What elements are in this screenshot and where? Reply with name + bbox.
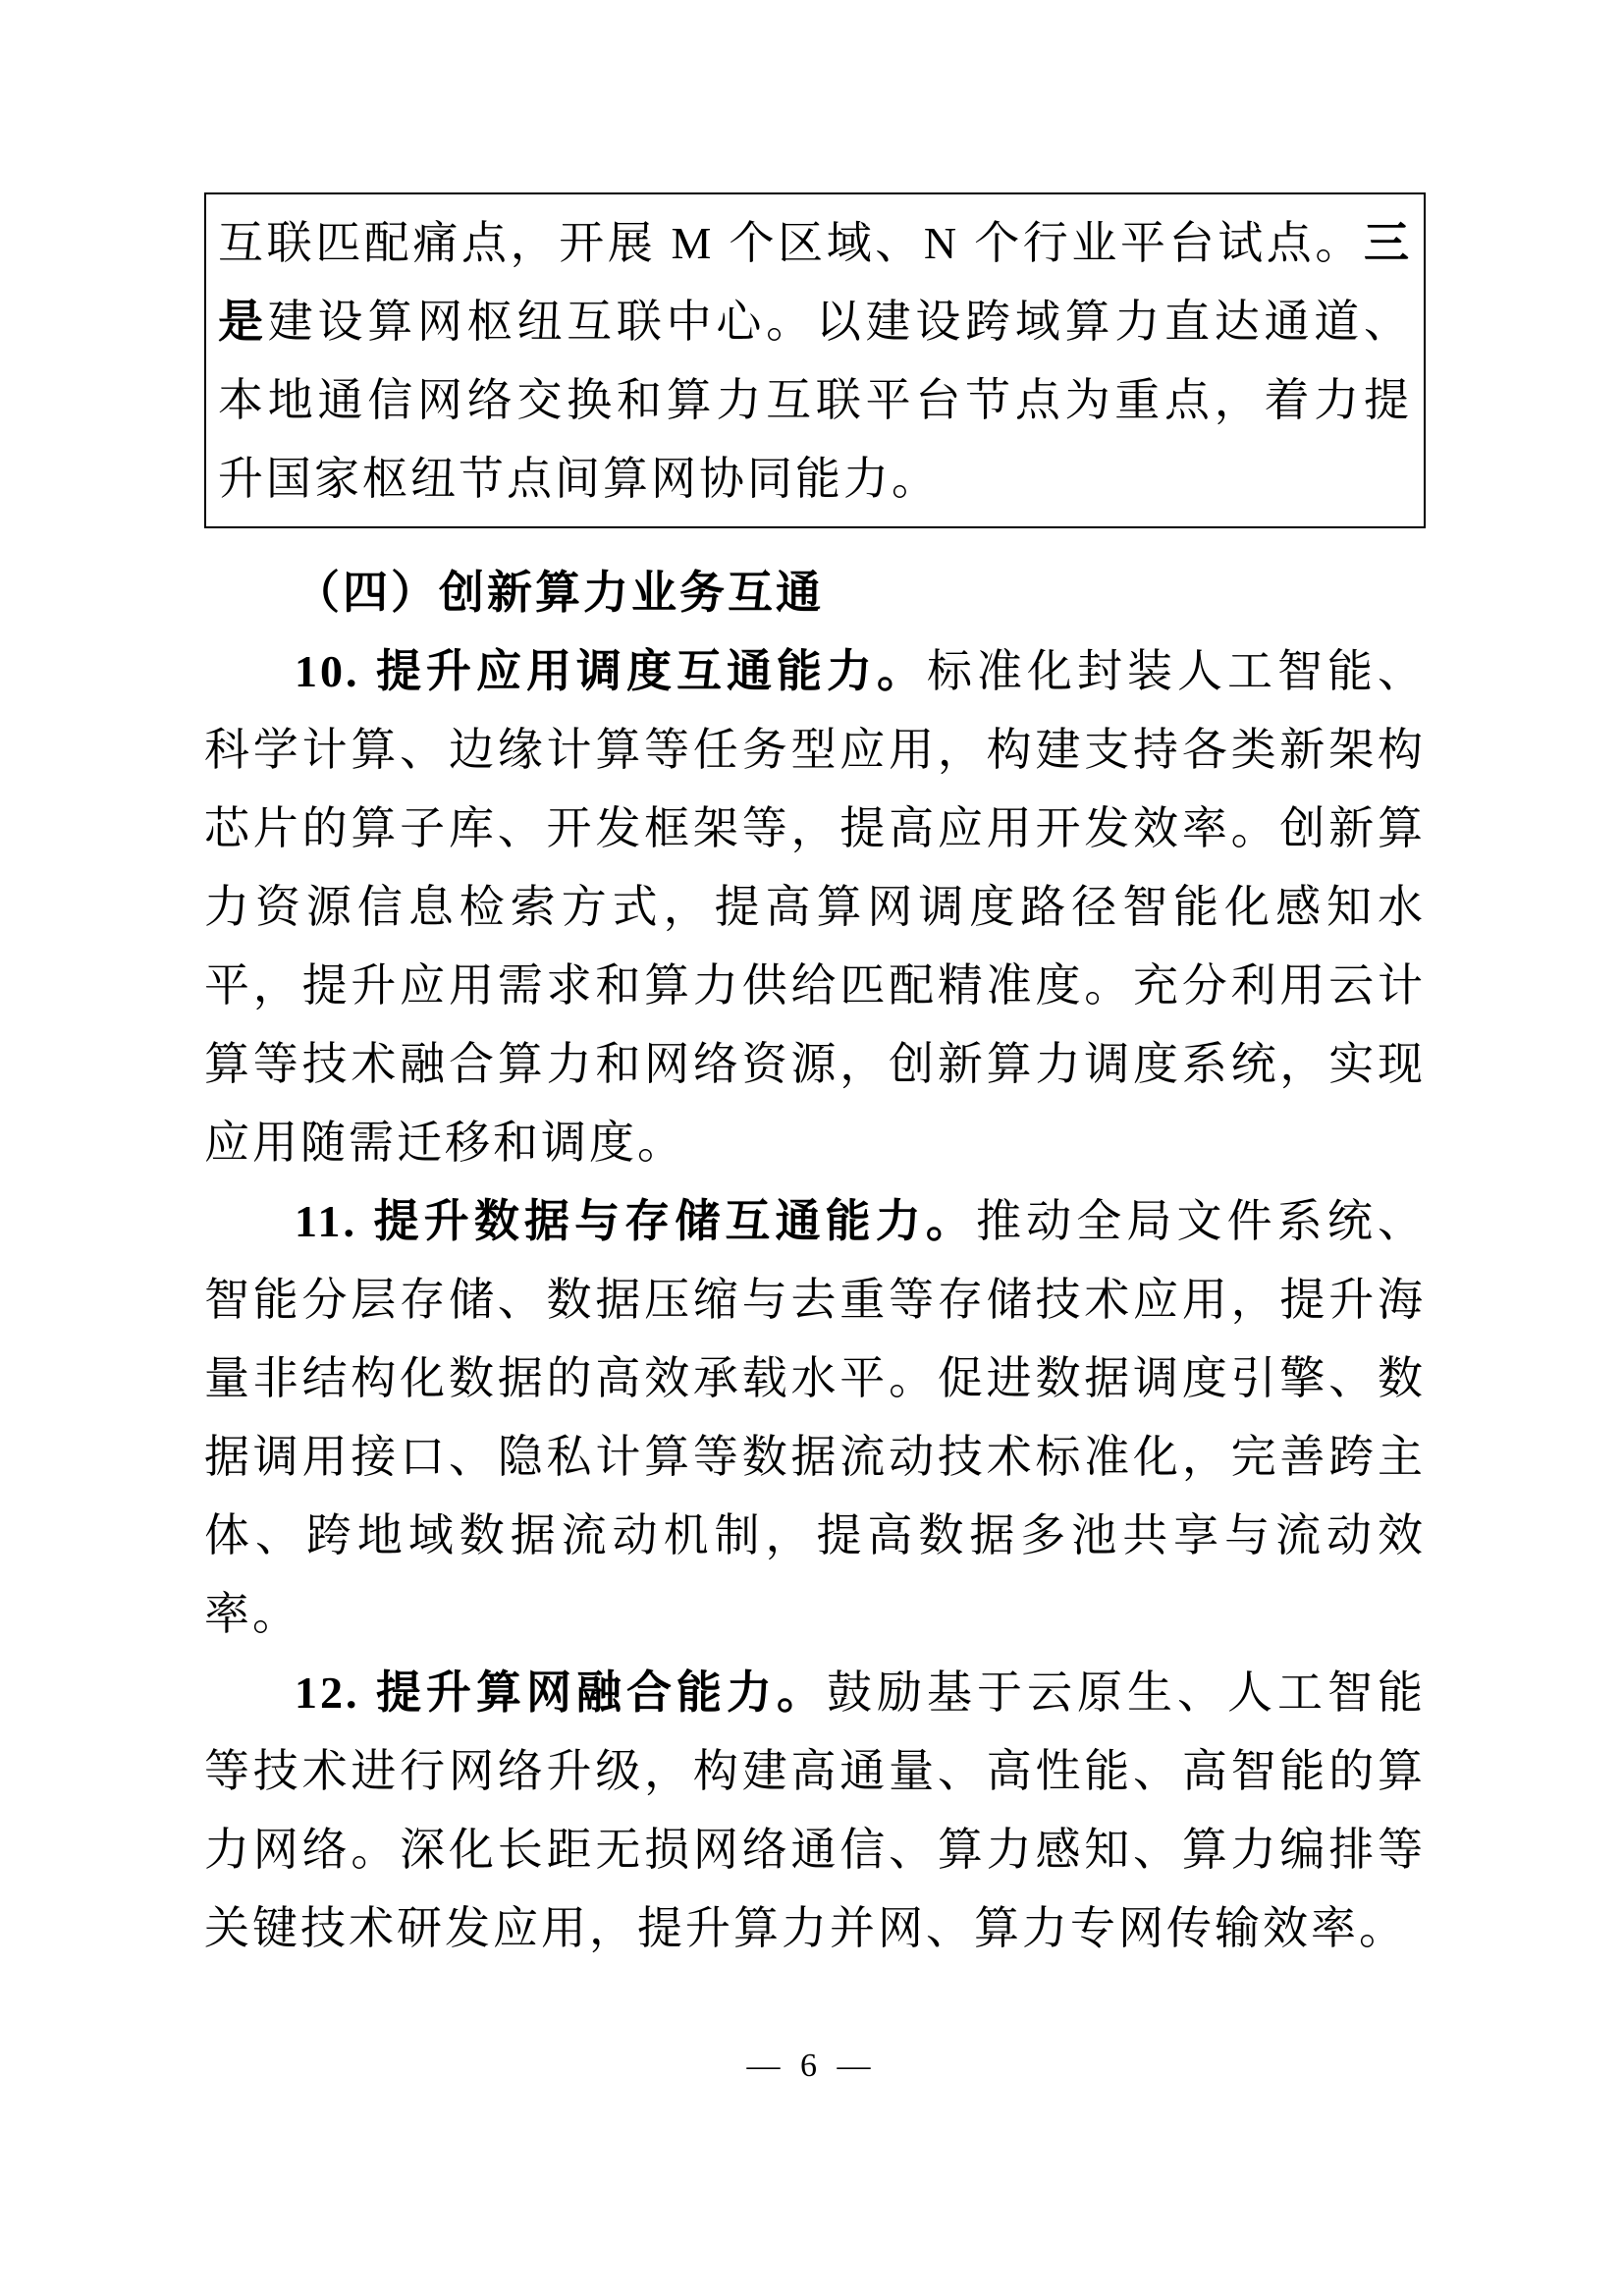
body-paragraph: 12. 提升算网融合能力。鼓励基于云原生、人工智能等技术进行网络升级，构建高通量… [204, 1654, 1426, 1968]
text-run: 互联匹配痛点，开展 M 个区域、N 个行业平台试点。 [218, 218, 1364, 268]
paragraph-lead: 12. 提升算网融合能力。 [295, 1667, 827, 1718]
boxed-paragraph: 互联匹配痛点，开展 M 个区域、N 个行业平台试点。三是建设算网枢纽互联中心。以… [204, 192, 1426, 528]
text-run: 建设算网枢纽互联中心。以建设跨域算力直达通道、本地通信网络交换和算力互联平台节点… [218, 297, 1412, 504]
body-paragraph: 11. 提升数据与存储互通能力。推动全局文件系统、智能分层存储、数据压缩与去重等… [204, 1182, 1426, 1654]
body-paragraph: 10. 提升应用调度互通能力。标准化封装人工智能、科学计算、边缘计算等任务型应用… [204, 632, 1426, 1182]
boxed-paragraph-text: 互联匹配痛点，开展 M 个区域、N 个行业平台试点。三是建设算网枢纽互联中心。以… [218, 204, 1412, 519]
section-heading: （四）创新算力业务互通 [204, 554, 1426, 632]
paragraph-lead: 11. 提升数据与存储互通能力。 [295, 1196, 976, 1246]
page-content: 互联匹配痛点，开展 M 个区域、N 个行业平台试点。三是建设算网枢纽互联中心。以… [204, 192, 1426, 1968]
paragraph-list: 10. 提升应用调度互通能力。标准化封装人工智能、科学计算、边缘计算等任务型应用… [204, 632, 1426, 1968]
document-page: 互联匹配痛点，开展 M 个区域、N 个行业平台试点。三是建设算网枢纽互联中心。以… [0, 0, 1623, 2296]
paragraph-body: 标准化封装人工智能、科学计算、边缘计算等任务型应用，构建支持各类新架构芯片的算子… [204, 646, 1426, 1168]
paragraph-lead: 10. 提升应用调度互通能力。 [295, 646, 927, 696]
page-number: — 6 — [0, 2048, 1623, 2085]
paragraph-body: 推动全局文件系统、智能分层存储、数据压缩与去重等存储技术应用，提升海量非结构化数… [204, 1196, 1426, 1639]
